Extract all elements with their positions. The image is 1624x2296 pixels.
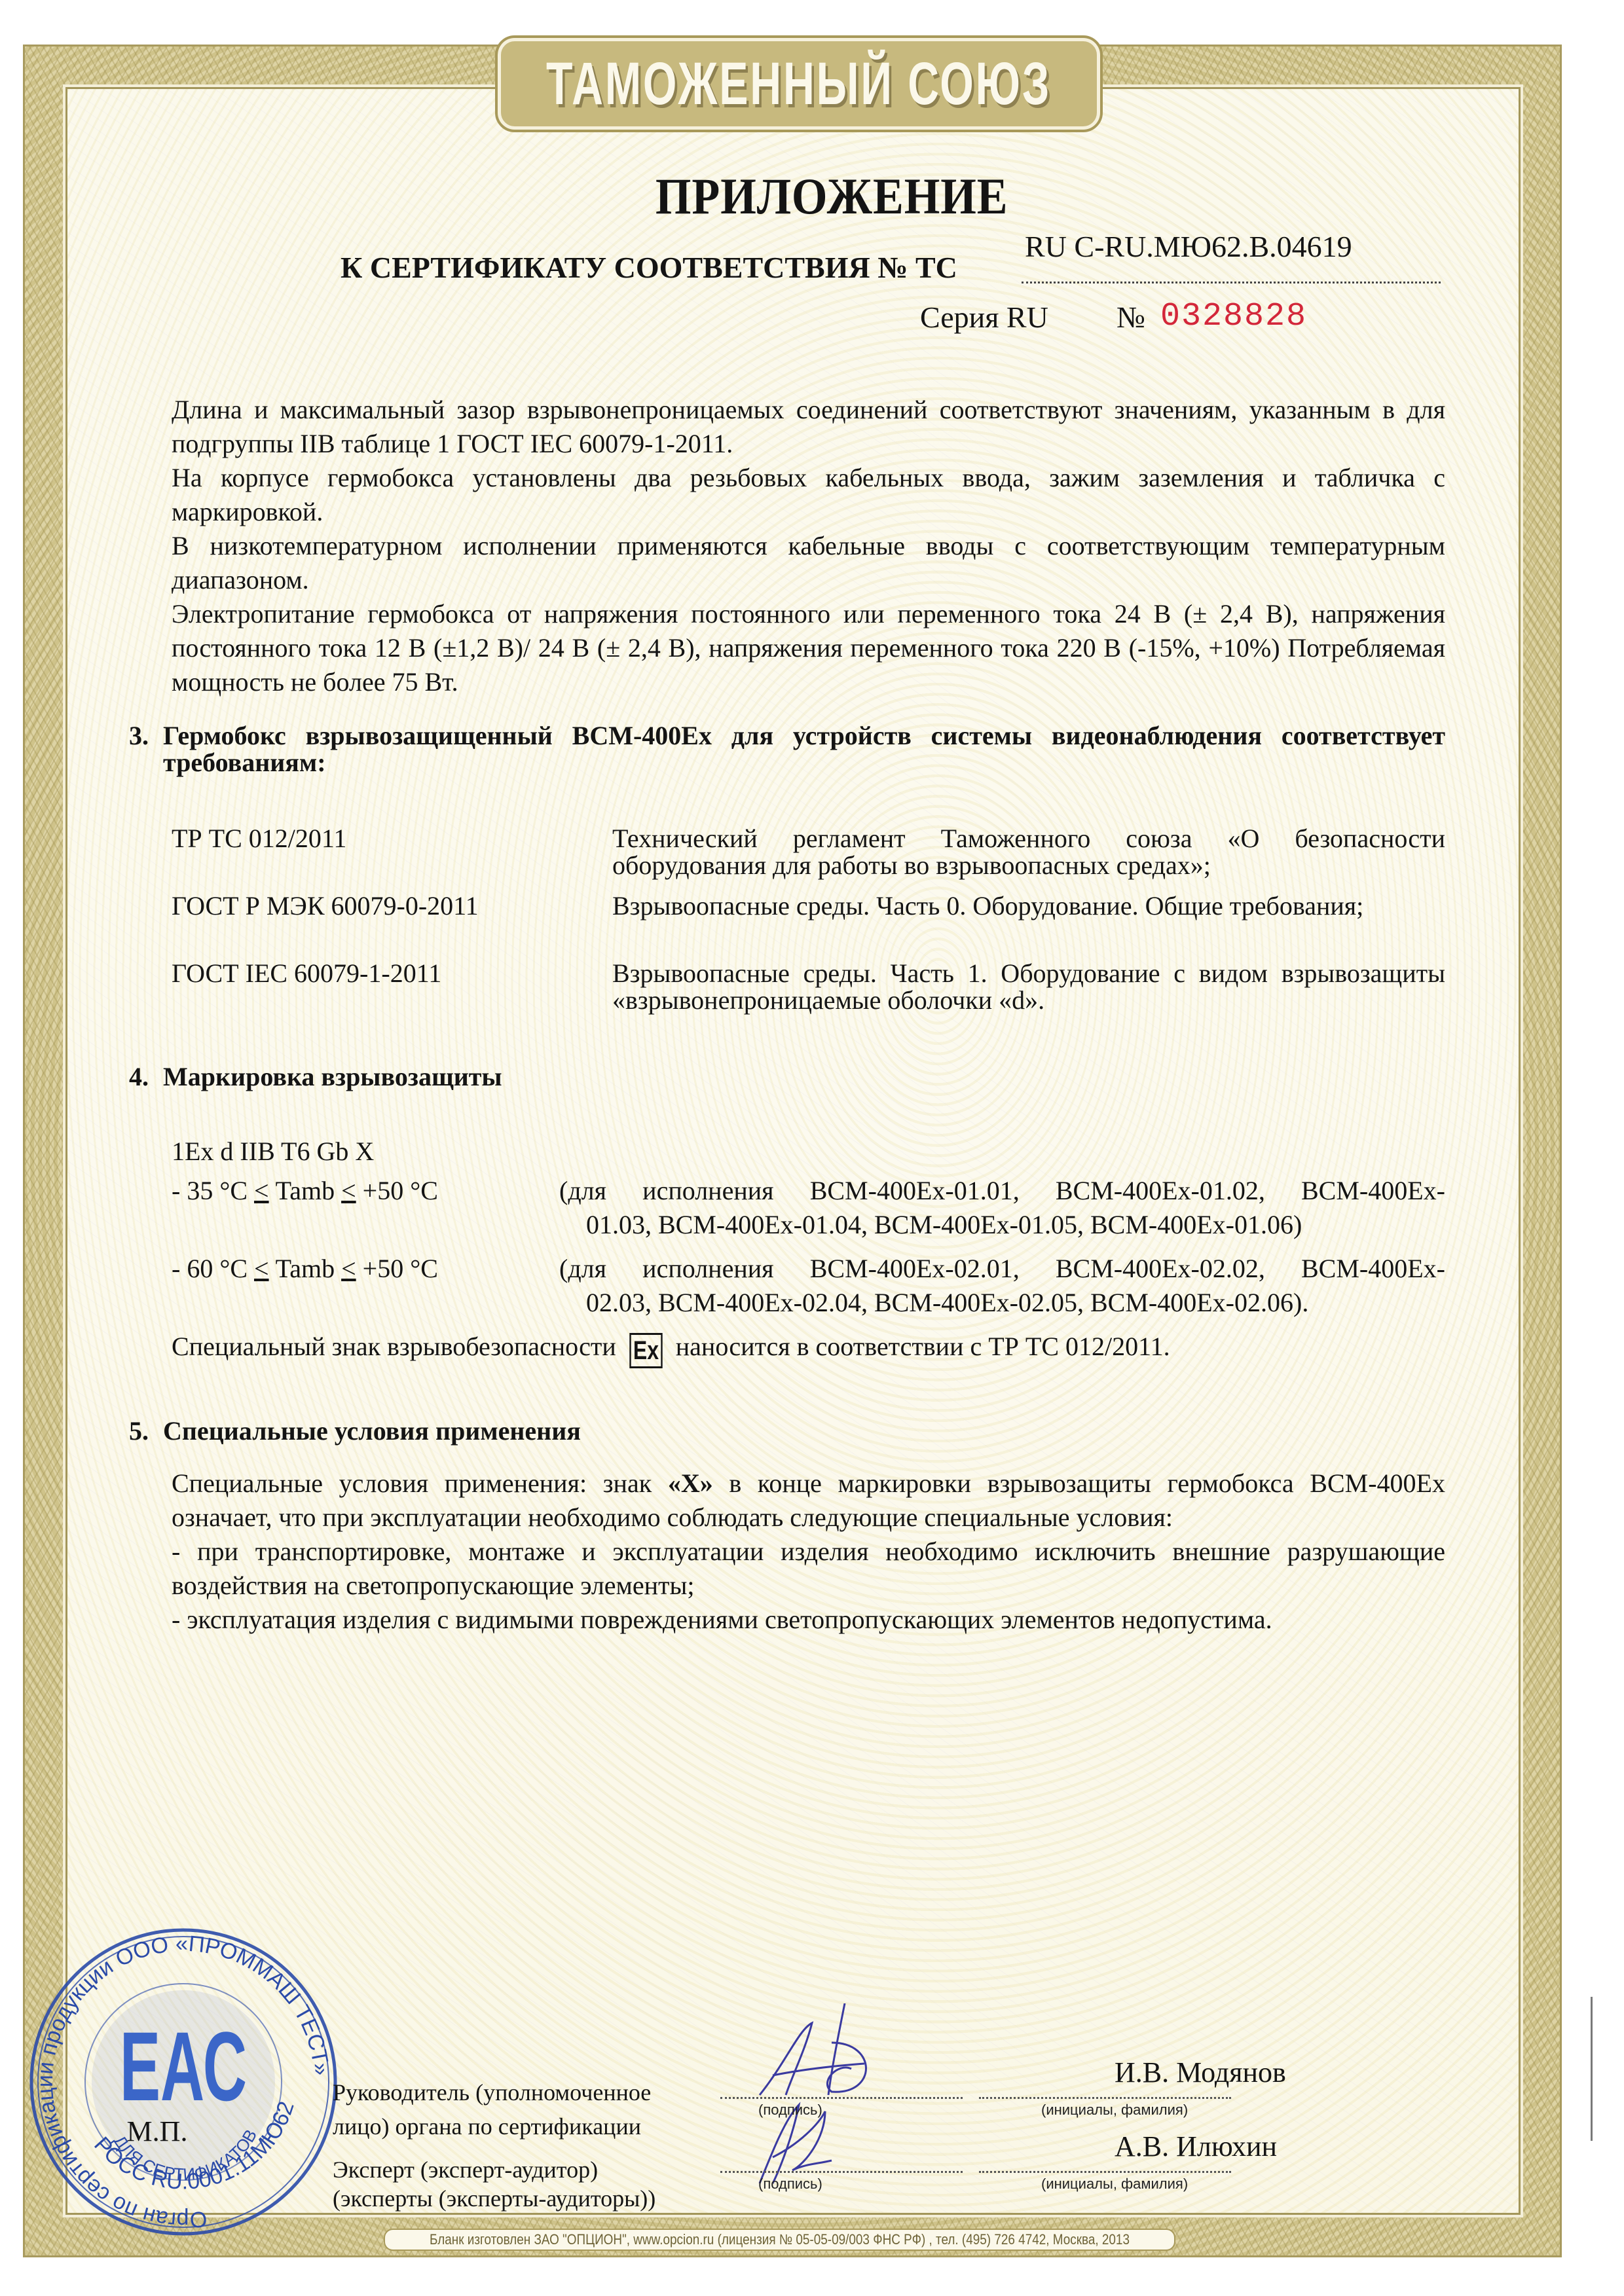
section-3-heading: 3. Гермобокс взрывозащищенный ВСМ-400Ex … bbox=[129, 722, 1445, 776]
expert-name-caption: (инициалы, фамилия) bbox=[1041, 2176, 1188, 2193]
ex-mark-icon: Ex bbox=[629, 1333, 662, 1368]
certificate-label: К СЕРТИФИКАТУ СООТВЕТСТВИЯ № ТС bbox=[341, 250, 957, 285]
intro-paragraphs: Длина и максимальный зазор взрывонепрони… bbox=[172, 393, 1445, 699]
certificate-number-underline bbox=[1022, 282, 1441, 283]
customs-union-banner: ТАМОЖЕННЫЙ СОЮЗ bbox=[498, 38, 1100, 130]
intro-paragraph: На корпусе гермобокса установлены два ре… bbox=[172, 461, 1445, 529]
section-number: 4. bbox=[129, 1063, 149, 1090]
variants-line-1: (для исполнения ВСМ-400Ex-02.01, ВСМ-400… bbox=[559, 1252, 1445, 1286]
ex-sign-statement: Специальный знак взрывобезопасностиExнан… bbox=[172, 1331, 1170, 1368]
head-role-label: Руководитель (уполномоченное лицо) орган… bbox=[333, 2075, 651, 2143]
intro-paragraph: В низкотемпературном исполнении применяю… bbox=[172, 529, 1445, 597]
scan-artifact-line bbox=[1591, 1997, 1593, 2141]
section-5-heading: 5. Специальные условия применения bbox=[129, 1417, 1445, 1444]
special-condition-item: - эксплуатация изделия с видимыми повреж… bbox=[172, 1603, 1445, 1637]
intro-paragraph: Электропитание гермобокса от напряжения … bbox=[172, 597, 1445, 699]
variants-line-1: (для исполнения ВСМ-400Ex-01.01, ВСМ-400… bbox=[559, 1174, 1445, 1208]
special-condition-item: - при транспортировке, монтаже и эксплуа… bbox=[172, 1535, 1445, 1603]
head-signature-line bbox=[720, 2097, 963, 2099]
head-name-line bbox=[979, 2097, 1231, 2099]
variants-line-2: 01.03, ВСМ-400Ex-01.04, ВСМ-400Ex-01.05,… bbox=[586, 1208, 1445, 1242]
section-heading-text: Маркировка взрывозащиты bbox=[163, 1063, 1445, 1090]
special-conditions-intro: Специальные условия применения: знак «X»… bbox=[172, 1467, 1445, 1535]
head-signature-caption: (подпись) bbox=[758, 2102, 822, 2119]
eac-logo-icon: ЕАС bbox=[120, 2012, 247, 2121]
head-name-caption: (инициалы, фамилия) bbox=[1041, 2102, 1188, 2119]
printer-note: Бланк изготовлен ЗАО "ОПЦИОН", www.opcio… bbox=[430, 2231, 1130, 2248]
seal-place-label: М.П. bbox=[127, 2115, 188, 2147]
expert-signature-line bbox=[720, 2171, 963, 2173]
temperature-range-row: - 35 °С < Tamb < +50 °С (для исполнения … bbox=[172, 1174, 1445, 1242]
explosion-protection-marking: 1Ex d IIB T6 Gb X bbox=[172, 1136, 374, 1167]
temperature-range-row: - 60 °С < Tamb < +50 °С (для исполнения … bbox=[172, 1252, 1445, 1320]
temperature-range: - 60 °С < Tamb < +50 °С bbox=[172, 1252, 438, 1286]
standard-code: ГОСТ Р МЭК 60079-0-2011 bbox=[172, 892, 479, 919]
series-number: 0328828 bbox=[1160, 298, 1307, 335]
standard-description: Технический регламент Таможенного союза … bbox=[612, 825, 1445, 879]
standard-code: ГОСТ IEC 60079-1-2011 bbox=[172, 960, 441, 987]
standard-description: Взрывоопасные среды. Часть 0. Оборудован… bbox=[612, 892, 1445, 919]
special-conditions: Специальные условия применения: знак «X»… bbox=[172, 1467, 1445, 1637]
section-number: 5. bbox=[129, 1417, 149, 1444]
section-4-heading: 4. Маркировка взрывозащиты bbox=[129, 1063, 1445, 1090]
expert-name-line bbox=[979, 2171, 1231, 2173]
document-title: ПРИЛОЖЕНИЕ bbox=[0, 167, 1624, 226]
standard-row: ТР ТС 012/2011 Технический регламент Там… bbox=[172, 825, 1445, 879]
section-heading-text: Гермобокс взрывозащищенный ВСМ-400Ex для… bbox=[163, 722, 1445, 776]
series-label: Серия RU bbox=[920, 300, 1048, 335]
intro-paragraph: Длина и максимальный зазор взрывонепрони… bbox=[172, 393, 1445, 461]
expert-role-label: Эксперт (эксперт-аудитор) (эксперты (экс… bbox=[333, 2155, 655, 2213]
variants-line-2: 02.03, ВСМ-400Ex-02.04, ВСМ-400Ex-02.05,… bbox=[586, 1286, 1445, 1320]
section-number: 3. bbox=[129, 722, 149, 749]
certification-body-stamp: Орган по сертификации продукции ООО «ПРО… bbox=[26, 1925, 341, 2239]
banner-text: ТАМОЖЕННЫЙ СОЮЗ bbox=[546, 50, 1051, 118]
series-no-label: № bbox=[1116, 300, 1145, 335]
printer-footer: Бланк изготовлен ЗАО "ОПЦИОН", www.opcio… bbox=[384, 2229, 1175, 2251]
section-heading-text: Специальные условия применения bbox=[163, 1417, 1445, 1444]
certificate-number: RU C-RU.МЮ62.В.04619 bbox=[1025, 229, 1352, 264]
standard-code: ТР ТС 012/2011 bbox=[172, 825, 346, 852]
expert-name: А.В. Илюхин bbox=[1115, 2130, 1277, 2163]
head-name: И.В. Модянов bbox=[1115, 2056, 1286, 2089]
expert-signature-caption: (подпись) bbox=[758, 2176, 822, 2193]
standard-row: ГОСТ IEC 60079-1-2011 Взрывоопасные сред… bbox=[172, 960, 1445, 1013]
temperature-range: - 35 °С < Tamb < +50 °С bbox=[172, 1174, 438, 1208]
standard-description: Взрывоопасные среды. Часть 1. Оборудован… bbox=[612, 960, 1445, 1013]
head-signature bbox=[747, 2003, 891, 2102]
title-text: ПРИЛОЖЕНИЕ bbox=[655, 167, 1008, 226]
standard-row: ГОСТ Р МЭК 60079-0-2011 Взрывоопасные ср… bbox=[172, 892, 1445, 919]
